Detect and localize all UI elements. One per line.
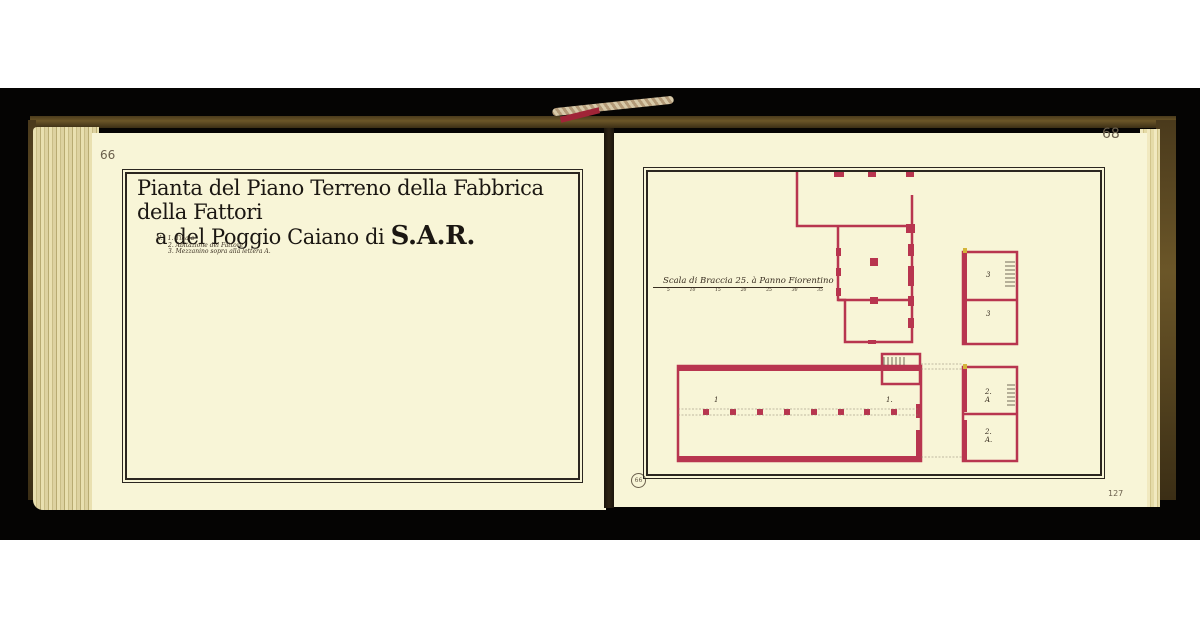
title-emph: S.A.R. xyxy=(391,221,475,251)
right-folio-number: 68 xyxy=(1102,126,1120,142)
inventory-number: 127 xyxy=(1108,489,1123,498)
room-label: 1 xyxy=(714,396,718,404)
room-label: A. xyxy=(985,436,992,444)
left-page-stack xyxy=(33,127,99,510)
left-folio-number: 66 xyxy=(100,148,115,162)
floor-plan-drawing xyxy=(650,172,1100,472)
room-label: 3 xyxy=(986,271,990,279)
book-cover-top-edge xyxy=(30,116,1176,128)
room-label: 1. xyxy=(886,396,893,404)
legend-item: 3. Mezzanino sopra alla lettera A. xyxy=(156,249,271,256)
room-label: 3 xyxy=(986,310,990,318)
room-label: 2. xyxy=(985,388,992,396)
page-stamp: 66 xyxy=(631,473,646,488)
book-gutter xyxy=(604,128,614,508)
room-label: A xyxy=(985,396,990,404)
title-line-1: Pianta del Piano Terreno della Fabbrica … xyxy=(137,176,544,224)
room-label: 2. xyxy=(985,428,992,436)
legend: N.° 1. Tinaia 2. Abitazione del Fattore … xyxy=(156,236,271,256)
